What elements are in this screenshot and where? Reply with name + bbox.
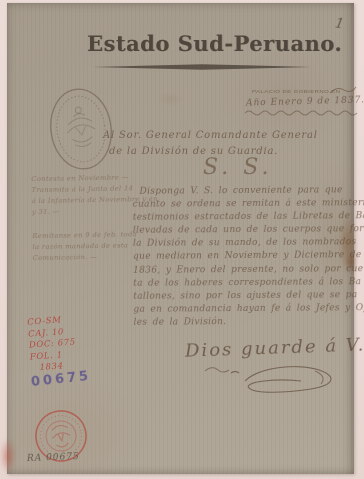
dateline-underline-icon <box>244 108 360 116</box>
pencil-inventory-number: RA 00675 <box>27 452 80 464</box>
address-line: Al Sor. General Comandante General <box>103 128 318 144</box>
body-line: tallones, sino por los ajustes del que s… <box>133 289 355 304</box>
margin-note-line: á la Infantería de Noviembre y en <box>32 194 158 207</box>
red-smudge <box>0 438 16 474</box>
body-line: ga en comandancia hayan fe á los Jefes y… <box>133 302 355 317</box>
valediction: Dios guarde á V. S. <box>185 333 364 361</box>
margin-note-line: y 31. — <box>32 205 158 218</box>
body-text: Disponga V. S. lo conveniente para quecu… <box>132 184 355 330</box>
folio-number: 1 <box>334 15 346 32</box>
body-line: ta de los haberes correspondientes á los… <box>133 276 355 291</box>
document-paper: Estado Sud-Peruano. 1 PALACIO DE GOBIERN… <box>7 3 354 474</box>
ink-stain-dark <box>345 251 357 273</box>
scan-background: Estado Sud-Peruano. 1 PALACIO DE GOBIERN… <box>0 0 364 479</box>
signature-flourish-icon <box>197 361 347 403</box>
body-line: les de la División. <box>133 315 355 330</box>
salutation-monogram: S. S. <box>203 155 273 180</box>
margin-notes: Contesta en Noviembre —Transmita á la Ju… <box>31 172 159 264</box>
dateline-handwriting: Año Enero 9 de 1837. <box>246 95 364 108</box>
body-line: 1836, y Enero del presente, no solo por … <box>133 263 355 278</box>
body-line: que mediaron en Noviembre y Diciembre de <box>133 250 355 265</box>
foxing-spot <box>157 93 183 105</box>
archival-notes: CO-SMCAJ. 10DOC: 675FOL. 11834 <box>27 314 78 375</box>
margin-note-line: Comunicación. — <box>33 251 159 264</box>
dateline-stamp-text: PALACIO DE GOBIERNO EN <box>252 90 340 95</box>
dateline-squiggle-icon <box>329 85 357 95</box>
masthead-title: Estado Sud-Peruano. <box>87 31 319 56</box>
masthead-rule <box>93 63 311 71</box>
